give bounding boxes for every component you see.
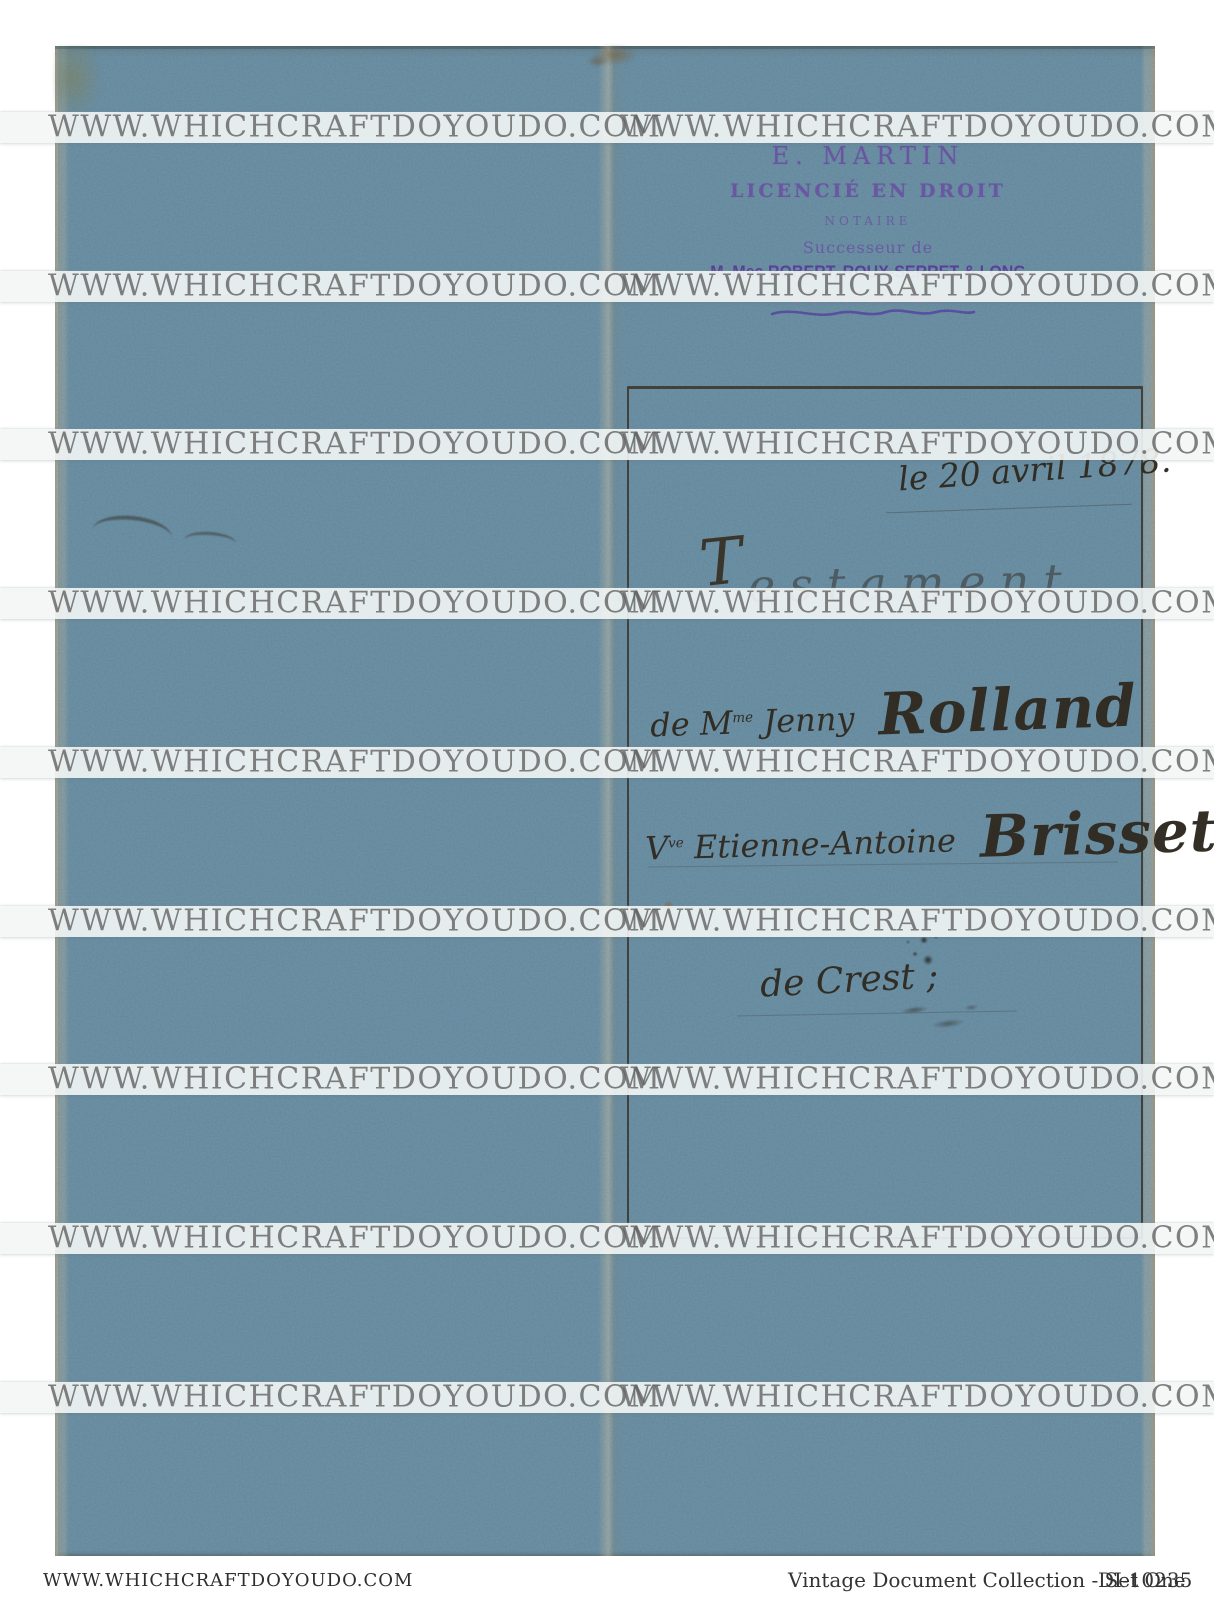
watermark-text: WWW.WHICHCRAFTDOYOUDO.COM <box>620 1220 1214 1255</box>
watermark-text: WWW.WHICHCRAFTDOYOUDO.COM <box>620 585 1214 620</box>
widow-prefix-sup: ve <box>668 836 684 851</box>
stamp-title: LICENCIÉ EN DROIT <box>618 180 1118 202</box>
watermark-text: WWW.WHICHCRAFTDOYOUDO.COM <box>48 903 661 938</box>
watermark-bar: WWW.WHICHCRAFTDOYOUDO.COM WWW.WHICHCRAFT… <box>0 1223 1214 1254</box>
watermark-text: WWW.WHICHCRAFTDOYOUDO.COM <box>48 1379 661 1414</box>
watermark-text: WWW.WHICHCRAFTDOYOUDO.COM <box>48 109 661 144</box>
watermark-text: WWW.WHICHCRAFTDOYOUDO.COM <box>620 903 1214 938</box>
watermark-text: WWW.WHICHCRAFTDOYOUDO.COM <box>48 1220 661 1255</box>
watermark-text: WWW.WHICHCRAFTDOYOUDO.COM <box>620 426 1214 461</box>
watermark-bar: WWW.WHICHCRAFTDOYOUDO.COM WWW.WHICHCRAFT… <box>0 1382 1214 1413</box>
watermark-text: WWW.WHICHCRAFTDOYOUDO.COM <box>48 268 661 303</box>
watermark-bar: WWW.WHICHCRAFTDOYOUDO.COM WWW.WHICHCRAFT… <box>0 271 1214 302</box>
stamp-name: E. MARTIN <box>618 142 1118 170</box>
watermark-bar: WWW.WHICHCRAFTDOYOUDO.COM WWW.WHICHCRAFT… <box>0 1064 1214 1095</box>
owner-surname: Rolland <box>877 672 1137 749</box>
stamp-flourish-line <box>768 303 978 323</box>
watermark-bar: WWW.WHICHCRAFTDOYOUDO.COM WWW.WHICHCRAFT… <box>0 747 1214 778</box>
footer-item-id: DI-10235 <box>1098 1568 1192 1592</box>
watermark-text: WWW.WHICHCRAFTDOYOUDO.COM <box>48 585 661 620</box>
watermark-bar: WWW.WHICHCRAFTDOYOUDO.COM WWW.WHICHCRAFT… <box>0 906 1214 937</box>
owner-prefix-sup: me <box>732 710 753 726</box>
stamp-successor-label: Successeur de <box>618 238 1118 257</box>
stamp-profession: NOTAIRE <box>618 214 1118 228</box>
watermark-bar: WWW.WHICHCRAFTDOYOUDO.COM WWW.WHICHCRAFT… <box>0 429 1214 460</box>
watermark-text: WWW.WHICHCRAFTDOYOUDO.COM <box>48 744 661 779</box>
watermark-bar: WWW.WHICHCRAFTDOYOUDO.COM WWW.WHICHCRAFT… <box>0 588 1214 619</box>
watermark-text: WWW.WHICHCRAFTDOYOUDO.COM <box>48 426 661 461</box>
watermark-text: WWW.WHICHCRAFTDOYOUDO.COM <box>620 109 1214 144</box>
watermark-text: WWW.WHICHCRAFTDOYOUDO.COM <box>620 268 1214 303</box>
scanned-document-page: E. MARTIN LICENCIÉ EN DROIT NOTAIRE Succ… <box>0 0 1214 1615</box>
watermark-text: WWW.WHICHCRAFTDOYOUDO.COM <box>48 1061 661 1096</box>
watermark-text: WWW.WHICHCRAFTDOYOUDO.COM <box>620 1061 1214 1096</box>
owner-given-name: Jenny <box>763 699 855 740</box>
widow-surname: Brisset <box>979 797 1214 871</box>
watermark-bar: WWW.WHICHCRAFTDOYOUDO.COM WWW.WHICHCRAFT… <box>0 112 1214 143</box>
widow-given-names: Etienne-Antoine <box>693 821 956 866</box>
top-stain <box>575 36 655 78</box>
owner-prefix: de Mme <box>650 703 754 745</box>
widow-prefix: Vve <box>645 828 685 867</box>
watermark-text: WWW.WHICHCRAFTDOYOUDO.COM <box>620 744 1214 779</box>
watermark-text: WWW.WHICHCRAFTDOYOUDO.COM <box>620 1379 1214 1414</box>
footer-site-url: WWW.WHICHCRAFTDOYOUDO.COM <box>43 1570 414 1591</box>
